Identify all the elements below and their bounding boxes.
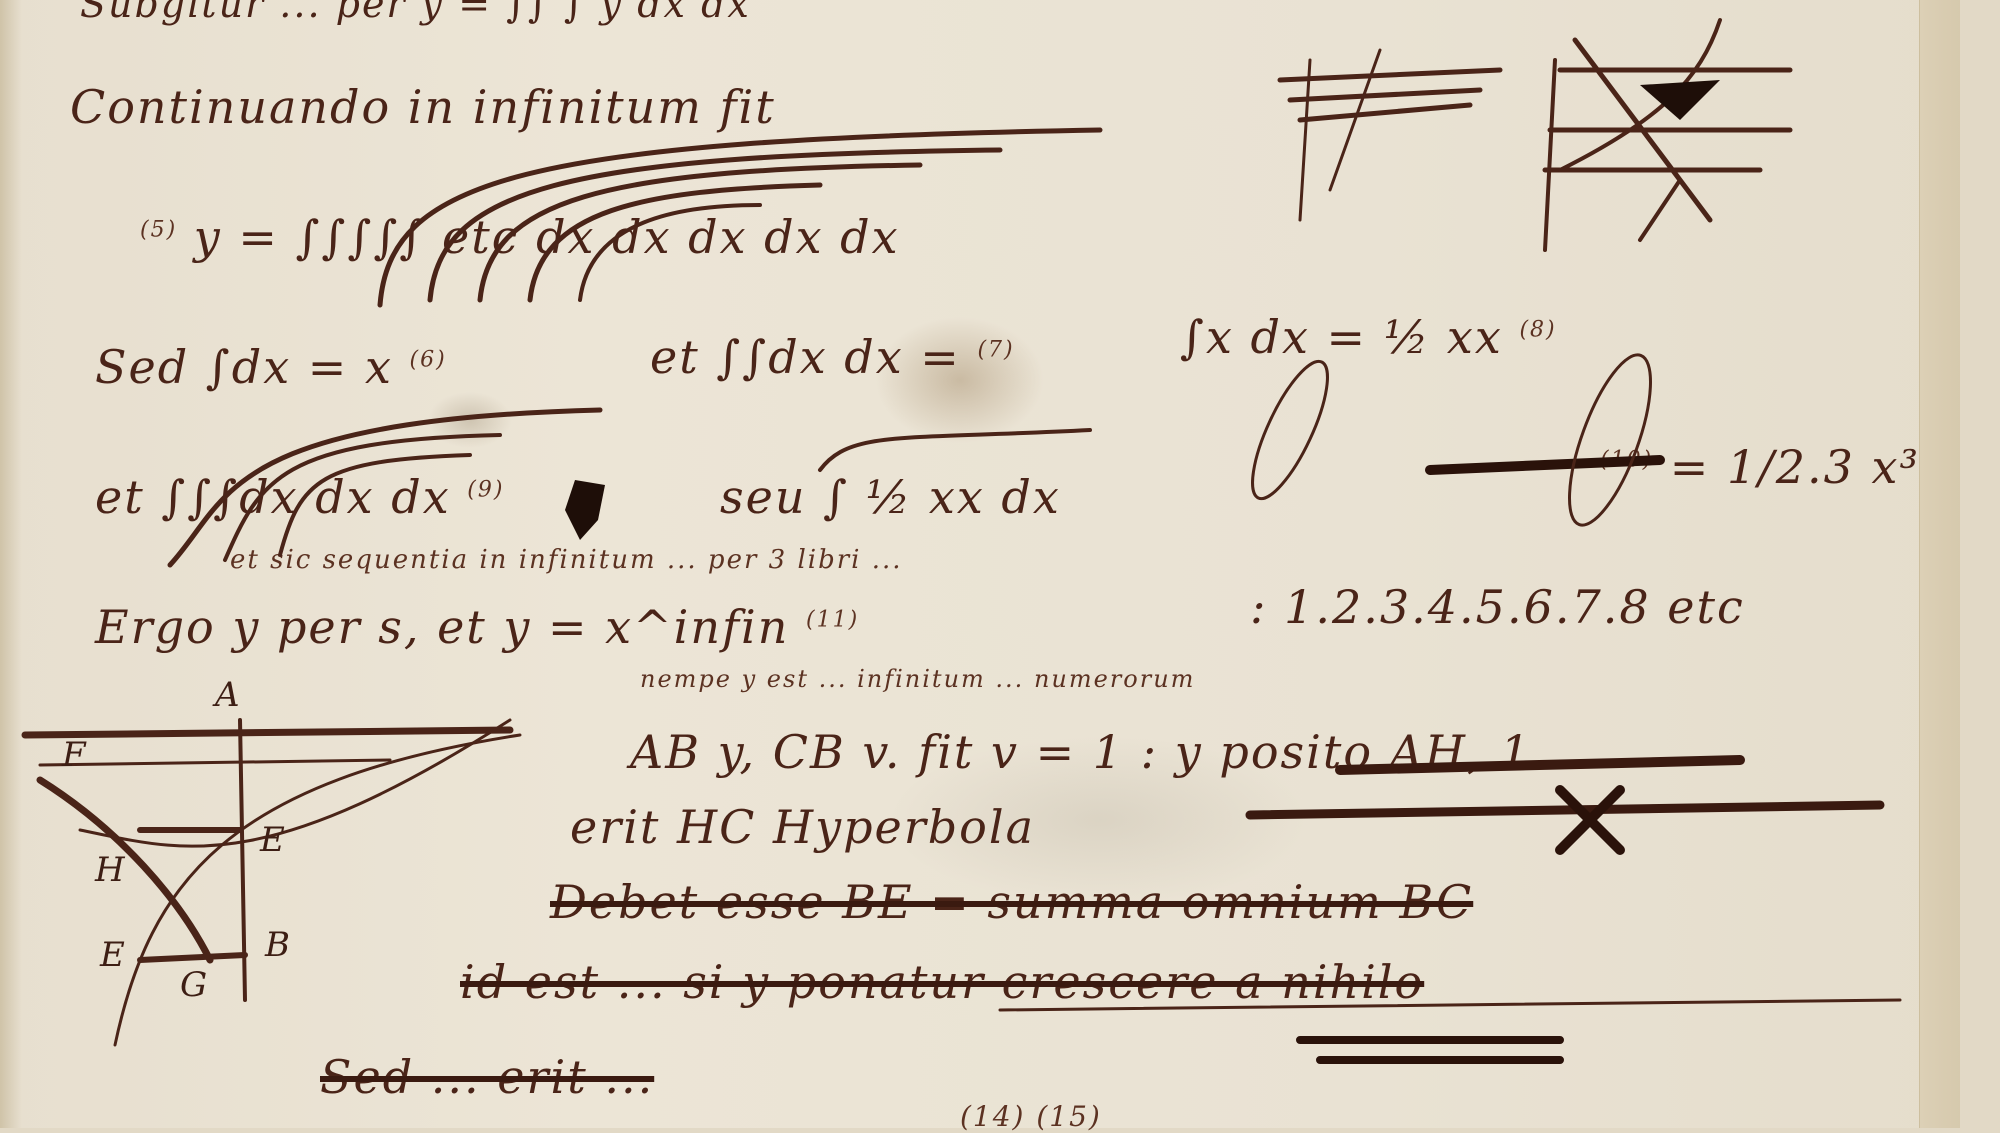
diagram-label-a: A: [215, 675, 240, 715]
diagram-label-h: H: [95, 850, 125, 890]
diagram-label-f: F: [62, 735, 86, 775]
diagram-label-e-upper: E: [260, 820, 285, 860]
diagram-label-e-lower: E: [100, 935, 125, 975]
diagram-label-g: G: [180, 965, 207, 1005]
diagram-label-b: B: [265, 925, 290, 965]
manuscript-page: Subgitur ... per y = ∫∫ ∫ y dx dx Contin…: [0, 0, 1960, 1128]
ink-drawings: [0, 0, 2000, 1128]
